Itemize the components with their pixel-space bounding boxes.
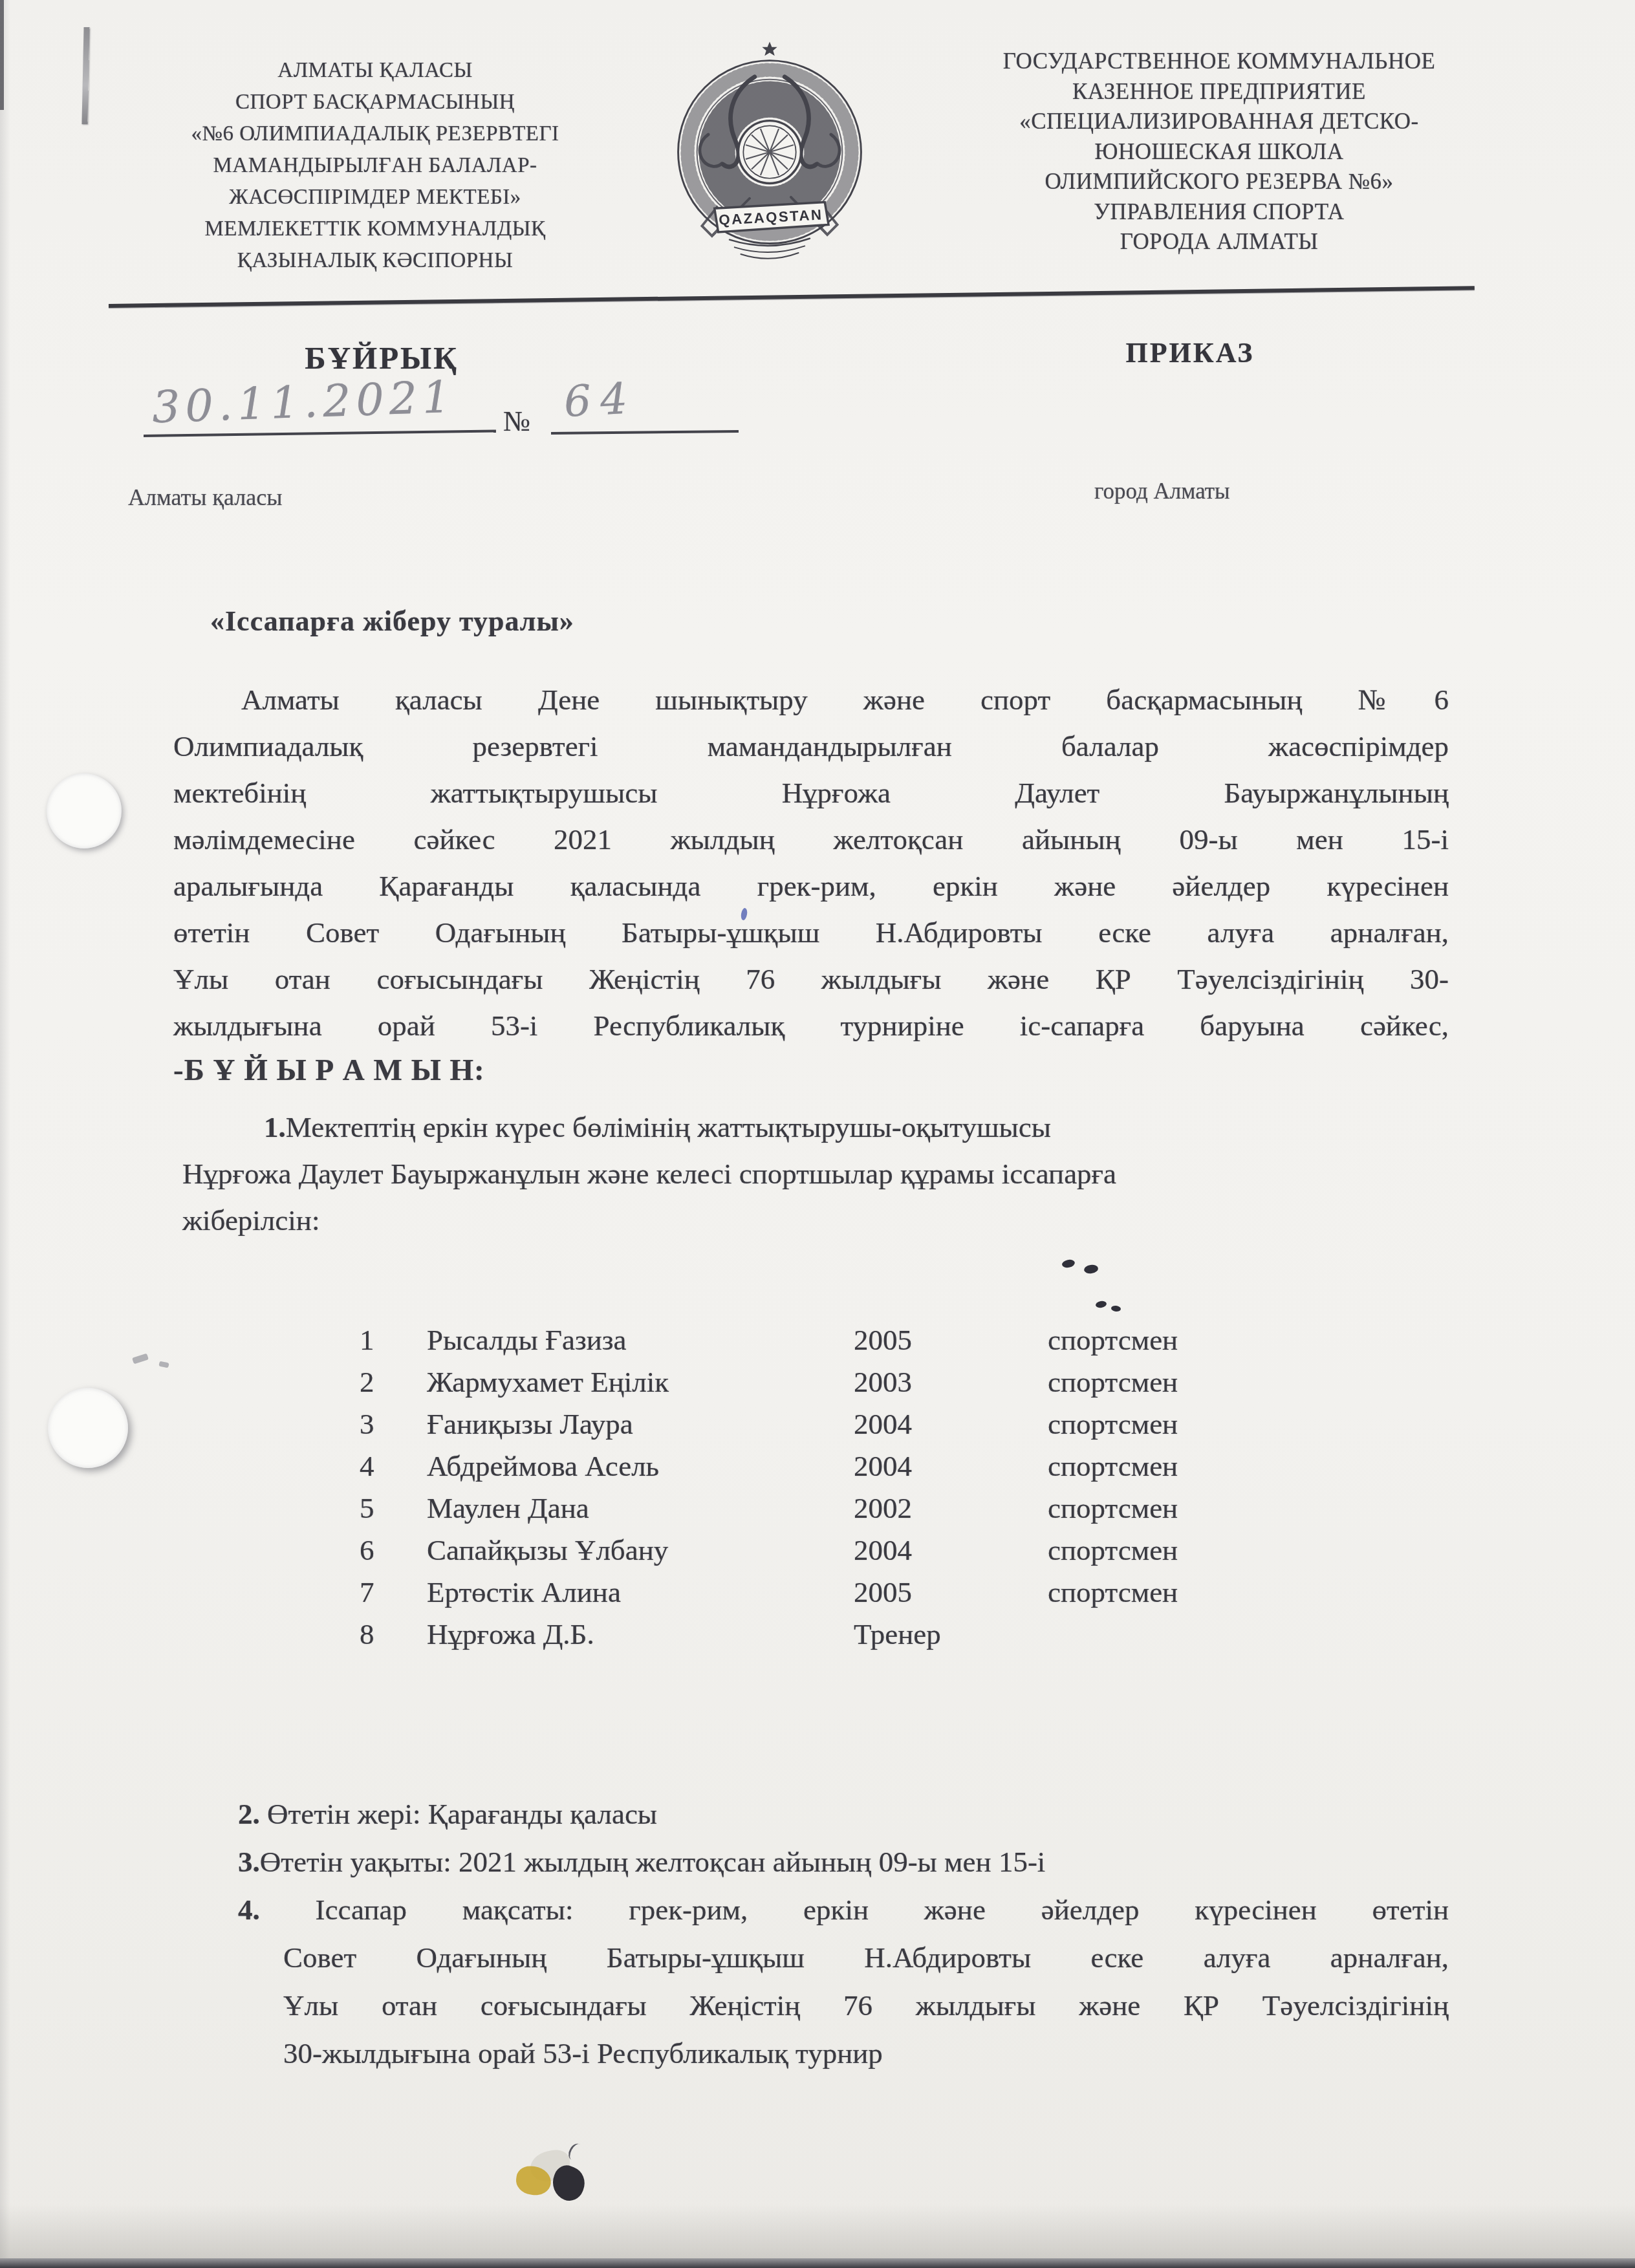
scan-edge-bottom <box>0 2258 1635 2268</box>
roster-name: Маулен Дана <box>427 1491 589 1525</box>
org-ru-line: УПРАВЛЕНИЯ СПОРТА <box>873 197 1565 228</box>
roster-role: спортсмен <box>1048 1365 1178 1399</box>
roster-row: 8 Нұрғожа Д.Б. Тренер <box>360 1617 1459 1659</box>
roster-row: 2 Жармухамет Еңілік 2003 спортсмен <box>360 1365 1459 1407</box>
roster-row: 1 Рысалды Ғазиза 2005 спортсмен <box>360 1323 1459 1365</box>
preamble-line: аралығында Қарағанды қаласында грек-рим,… <box>173 863 1449 909</box>
item-3: 3.Өтетін уақыты: 2021 жылдың желтоқсан а… <box>238 1838 1045 1886</box>
ink-dot <box>1061 1258 1076 1269</box>
roster-row: 6 Сапайқызы Ұлбану 2004 спортсмен <box>360 1533 1459 1575</box>
resolve-heading: -Б Ұ Й Ы Р А М Ы Н: <box>173 1053 485 1088</box>
number-underline <box>551 430 739 435</box>
roster-role: спортсмен <box>1048 1407 1178 1441</box>
roster-num: 2 <box>360 1365 374 1399</box>
scan-edge-left-shadow <box>0 0 10 2268</box>
roster-row: 4 Абдреймова Асель 2004 спортсмен <box>360 1449 1459 1491</box>
order-number-handwritten: 64 <box>563 373 638 427</box>
preamble-line: Олимпиадалық резервтегі мамандандырылған… <box>173 723 1449 770</box>
place-ru: город Алматы <box>1094 479 1230 504</box>
order-title-kk: БҰЙРЫҚ <box>194 340 569 376</box>
org-kk-line: ЖАСӨСПІРІМДЕР МЕКТЕБІ» <box>91 182 660 213</box>
roster-num: 3 <box>360 1407 374 1441</box>
roster-num: 4 <box>360 1449 374 1483</box>
roster-year: 2004 <box>854 1449 912 1483</box>
roster-year: Тренер <box>854 1617 941 1651</box>
roster-row: 7 Ертөстік Алина 2005 спортсмен <box>360 1575 1459 1617</box>
roster-num: 8 <box>360 1617 374 1651</box>
place-kk: Алматы қаласы <box>128 484 282 511</box>
roster-year: 2004 <box>854 1533 912 1567</box>
org-ru-line: ЮНОШЕСКАЯ ШКОЛА <box>873 137 1565 167</box>
item-1-line-3: жіберілсін: <box>182 1196 319 1244</box>
roster-role: спортсмен <box>1048 1491 1178 1525</box>
org-kk-line: АЛМАТЫ ҚАЛАСЫ <box>91 55 660 87</box>
item-1-line-2: Нұрғожа Даулет Бауыржанұлын және келесі … <box>182 1150 1116 1198</box>
org-kk-line: МЕМЛЕКЕТТІК КОММУНАЛДЫҚ <box>91 213 660 245</box>
emblem-star-icon <box>762 42 777 56</box>
roster-name: Жармухамет Еңілік <box>427 1365 669 1399</box>
org-kk-line: МАМАНДЫРЫЛҒАН БАЛАЛАР- <box>91 150 660 182</box>
preamble: Алматы қаласы Дене шынықтыру және спорт … <box>173 676 1449 1049</box>
roster-role: спортсмен <box>1048 1323 1178 1357</box>
roster-num: 1 <box>360 1323 374 1357</box>
org-name-kazakh: АЛМАТЫ ҚАЛАСЫ СПОРТ БАСҚАРМАСЫНЫҢ «№6 ОЛ… <box>91 55 660 277</box>
roster-row: 5 Маулен Дана 2002 спортсмен <box>360 1491 1459 1533</box>
roster-year: 2005 <box>854 1323 912 1357</box>
roster-num: 6 <box>360 1533 374 1567</box>
preamble-line: Ұлы отан соғысындағы Жеңістің 76 жылдығы… <box>173 956 1449 1002</box>
kazakhstan-coat-of-arms: QAZAQSTAN <box>669 39 870 268</box>
roster-num: 7 <box>360 1575 374 1609</box>
org-kk-line: «№6 ОЛИМПИАДАЛЫҚ РЕЗЕРВТЕГІ <box>91 118 660 150</box>
item-1-line-1: 1.Мектептің еркін күрес бөлімінің жаттық… <box>264 1103 1051 1151</box>
order-title-ru: ПРИКАЗ <box>1009 336 1371 369</box>
roster-year: 2005 <box>854 1575 912 1609</box>
preamble-line: өтетін Совет Одағының Батыры-ұшқыш Н.Абд… <box>173 909 1449 956</box>
org-ru-line: ОЛИМПИЙСКОГО РЕЗЕРВА №6» <box>873 167 1565 197</box>
roster-year: 2003 <box>854 1365 912 1399</box>
roster-year: 2004 <box>854 1407 912 1441</box>
hole-punch <box>48 1388 128 1468</box>
scanned-order-document: { "header": { "left_org": { "lines": [ "… <box>0 0 1635 2268</box>
scan-bottom-shade <box>0 2204 1635 2258</box>
ink-dot <box>1095 1301 1107 1309</box>
org-ru-line: ГОРОДА АЛМАТЫ <box>873 227 1565 257</box>
roster-name: Ертөстік Алина <box>427 1575 621 1609</box>
number-sign: № <box>503 405 530 438</box>
preamble-line: мәлімдемесіне сәйкес 2021 жылдың желтоқс… <box>173 816 1449 863</box>
roster-year: 2002 <box>854 1491 912 1525</box>
item-4: 4. Іссапар мақсаты: грек-рим, еркін және… <box>238 1886 1449 1934</box>
org-kk-line: СПОРТ БАСҚАРМАСЫНЫҢ <box>91 87 660 118</box>
item-2-text: Өтетін жері: Қарағанды қаласы <box>267 1798 657 1830</box>
org-ru-line: ГОСУДАРСТВЕННОЕ КОММУНАЛЬНОЕ <box>873 47 1565 77</box>
preamble-line: Алматы қаласы Дене шынықтыру және спорт … <box>173 676 1449 723</box>
ink-dot <box>1083 1264 1099 1275</box>
roster-name: Ғаниқызы Лаура <box>427 1407 633 1441</box>
roster-name: Сапайқызы Ұлбану <box>427 1533 668 1567</box>
item-4-continuation: 30-жылдығына орай 53-і Республикалық тур… <box>283 2029 883 2077</box>
pencil-mark <box>158 1361 169 1368</box>
preamble-line: мектебінің жаттықтырушысы Нұрғожа Даулет… <box>173 770 1449 816</box>
ink-dot <box>1111 1305 1121 1312</box>
item-4-text: Іссапар мақсаты: грек-рим, еркін және әй… <box>316 1894 1449 1926</box>
pencil-mark <box>132 1354 149 1365</box>
hole-punch <box>47 773 122 848</box>
org-ru-line: «СПЕЦИАЛИЗИРОВАННАЯ ДЕТСКО- <box>873 107 1565 137</box>
item-3-number: 3. <box>238 1846 260 1878</box>
header-divider-rule <box>109 286 1475 308</box>
roster-role: спортсмен <box>1048 1575 1178 1609</box>
item-4-continuation: Ұлы отан соғысындағы Жеңістің 76 жылдығы… <box>283 1982 1449 2029</box>
preamble-line: жылдығына орай 53-і Республикалық турнир… <box>173 1002 1449 1049</box>
item-2-number: 2. <box>238 1798 260 1830</box>
roster-role: спортсмен <box>1048 1449 1178 1483</box>
order-date-handwritten: 30.11.2021 <box>151 372 457 433</box>
item-1-text: Мектептің еркін күрес бөлімінің жаттықты… <box>286 1111 1051 1143</box>
org-ru-line: КАЗЕННОЕ ПРЕДПРИЯТИЕ <box>873 77 1565 107</box>
org-name-russian: ГОСУДАРСТВЕННОЕ КОММУНАЛЬНОЕ КАЗЕННОЕ ПР… <box>873 47 1565 257</box>
roster-name: Рысалды Ғазиза <box>427 1323 627 1357</box>
staple-mark <box>81 27 89 124</box>
item-4-continuation: Совет Одағының Батыры-ұшқыш Н.Абдировты … <box>283 1934 1449 1982</box>
roster-name: Нұрғожа Д.Б. <box>427 1617 594 1651</box>
roster-row: 3 Ғаниқызы Лаура 2004 спортсмен <box>360 1407 1459 1449</box>
roster-role: спортсмен <box>1048 1533 1178 1567</box>
roster-name: Абдреймова Асель <box>427 1449 659 1483</box>
org-kk-line: ҚАЗЫНАЛЫҚ КӘСІПОРНЫ <box>91 245 660 277</box>
subject-title: «Іссапарға жіберу туралы» <box>210 605 574 638</box>
item-2: 2. Өтетін жері: Қарағанды қаласы <box>238 1790 657 1838</box>
item-3-text: Өтетін уақыты: 2021 жылдың желтоқсан айы… <box>260 1846 1046 1878</box>
item-4-number: 4. <box>238 1894 260 1926</box>
roster-num: 5 <box>360 1491 374 1525</box>
item-1-number: 1. <box>264 1111 286 1143</box>
